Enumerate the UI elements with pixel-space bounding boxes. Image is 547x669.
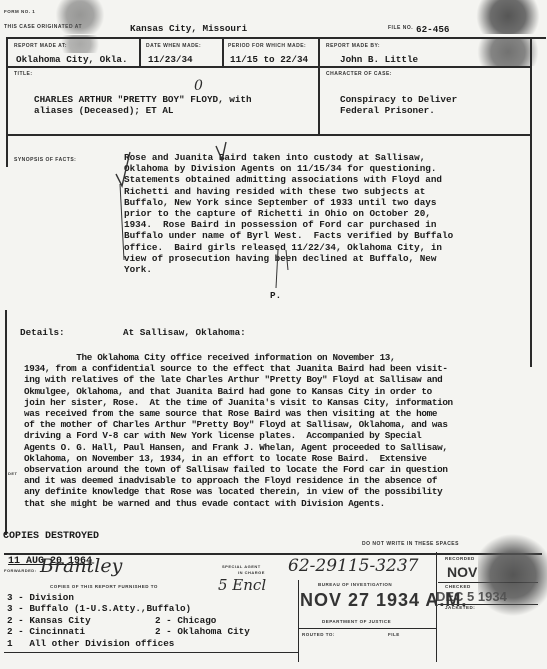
file-no-label: FILE NO. [388, 25, 413, 31]
character-label: CHARACTER OF CASE: [326, 71, 392, 77]
sac-label-2: IN CHARGE [238, 570, 265, 575]
routed-label: ROUTED TO: [302, 632, 335, 637]
details-text: The Oklahoma City office received inform… [24, 352, 453, 509]
margin-note: DET [8, 471, 18, 476]
character-line-1: Conspiracy to Deliver [340, 94, 457, 105]
sac-label-1: SPECIAL AGENT [222, 564, 261, 569]
copies-label: COPIES OF THIS REPORT FURNISHED TO [50, 584, 158, 589]
details-label: Details: [20, 327, 65, 338]
date-made-label: DATE WHEN MADE: [146, 43, 201, 49]
synopsis-label: SYNOPSIS OF FACTS: [14, 157, 76, 163]
forwarded-label: FORWARDED: [4, 568, 36, 573]
department-label: DEPARTMENT OF JUSTICE [322, 619, 391, 624]
file-no-value: 62-456 [416, 24, 449, 35]
report-made-at-label: REPORT MADE AT: [14, 43, 67, 49]
handwritten-file-number: 62-29115-3237 [288, 556, 418, 576]
distribution-list-right: 2 - Chicago 2 - Oklahoma City [155, 615, 250, 638]
period-label: PERIOD FOR WHICH MADE: [228, 43, 306, 49]
date-made: 11/23/34 [148, 54, 193, 65]
title-line-2: aliases (Deceased); ET AL [34, 105, 173, 116]
do-not-write-label: DO NOT WRITE IN THESE SPACES [362, 541, 459, 547]
bureau-label: BUREAU OF INVESTIGATION [318, 582, 392, 587]
title-label: TITLE: [14, 71, 33, 77]
originated-value: Kansas City, Missouri [130, 23, 247, 34]
report-by-label: REPORT MADE BY: [326, 43, 380, 49]
title-line-1: CHARLES ARTHUR "PRETTY BOY" FLOYD, with [34, 94, 252, 105]
details-heading: At Sallisaw, Oklahoma: [123, 327, 246, 338]
synopsis-marker: P. [270, 290, 281, 301]
recorded-value: NOV [447, 564, 477, 580]
check-marks [110, 140, 290, 300]
signature: Brantley [40, 555, 122, 577]
character-line-2: Federal Prisoner. [340, 105, 435, 116]
copies-destroyed: COPIES DESTROYED [3, 531, 99, 542]
form-number: FORM NO. 1 [4, 9, 35, 14]
recorded-label: RECORDED [445, 556, 475, 561]
copies-note: 5 Encl [218, 576, 266, 594]
file-label: FILE [388, 632, 400, 637]
bureau-stamp: NOV 27 1934 A.M. [300, 590, 467, 611]
period: 11/15 to 22/34 [230, 54, 308, 65]
report-by: John B. Little [340, 54, 418, 65]
report-made-at: Oklahoma City, Okla. [16, 54, 128, 65]
handwritten-mark: 0 [194, 78, 203, 94]
